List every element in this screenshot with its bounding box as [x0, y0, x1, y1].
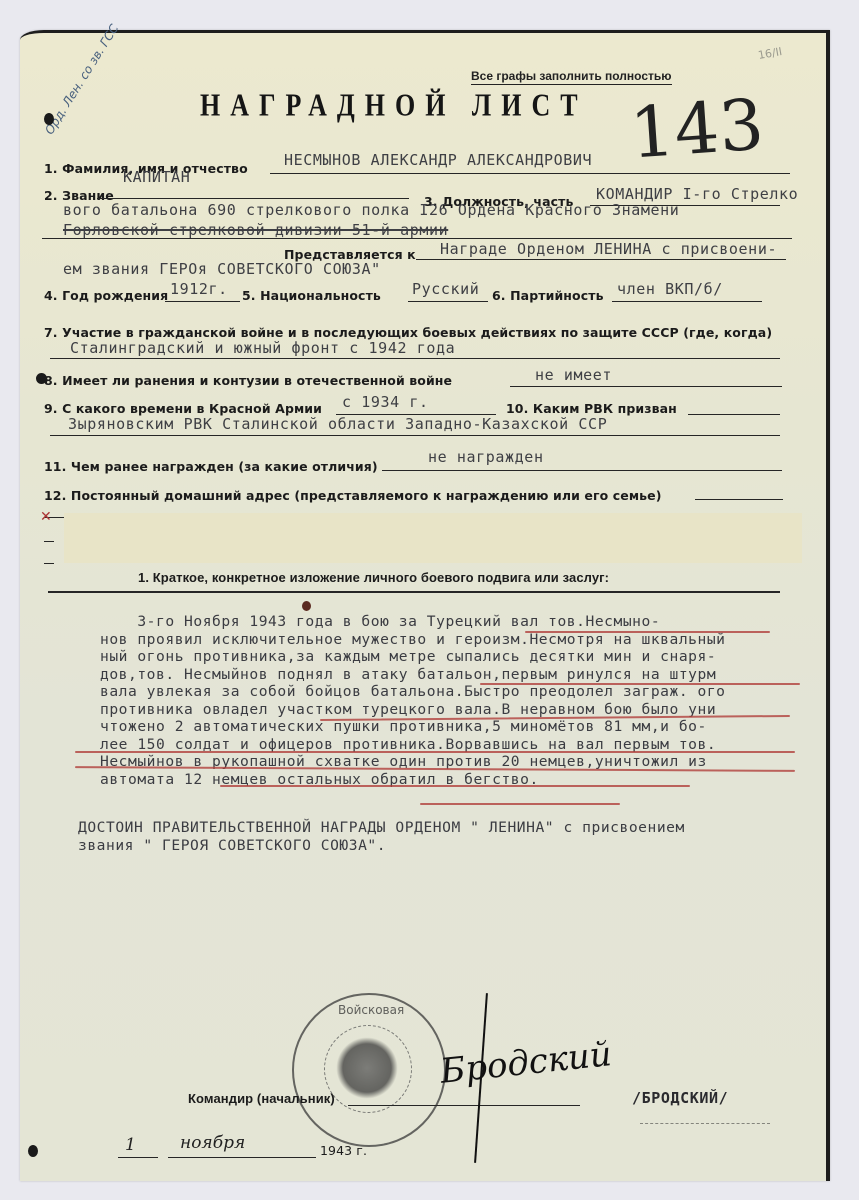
presented-value-line2: ем звания ГЕРОя СОВЕТСКОГО СОЮЗА" [63, 260, 381, 278]
field-8-label: 8. Имеет ли ранения и контузии в отечест… [44, 373, 452, 388]
red-underline [75, 751, 795, 753]
red-underline [525, 631, 770, 633]
field-3-value-line3-struck: Горловской стрелковой дивизии 51-й армии [63, 221, 448, 239]
commander-signature: Бродский [438, 1034, 613, 1092]
instruction-note: Все графы заполнить полностью [471, 69, 672, 85]
page-title: НАГРАДНОЙ ЛИСТ [200, 88, 588, 124]
date-year: 1943 г. [320, 1143, 367, 1158]
signature-label: Командир (начальник) [188, 1091, 335, 1106]
award-sheet-page: Орд. Лен. со зв. ГСС 16/II Все графы зап… [20, 30, 830, 1181]
soviet-emblem-icon [336, 1037, 398, 1099]
conclusion: ДОСТОИН ПРАВИТЕЛЬСТВЕННОЙ НАГРАДЫ ОРДЕНО… [78, 819, 685, 854]
red-underline [420, 803, 620, 805]
narrative: 3-го Ноября 1943 года в бою за Турецкий … [100, 613, 726, 788]
red-mark: ✕ [40, 509, 52, 525]
presented-value-line1: Награде Орденом ЛЕНИНА с присвоени- [440, 240, 777, 258]
narrative-line: ный огонь противника,за каждым метре сып… [100, 648, 726, 666]
punch-hole-top [44, 113, 54, 125]
stamp-text: Войсковая [338, 1003, 404, 1017]
field-10-label: 10. Каким РВК призван [506, 401, 677, 416]
field-12-label: 12. Постоянный домашний адрес (представл… [44, 488, 662, 503]
conclusion-line: звания " ГЕРОЯ СОВЕТСКОГО СОЮЗА". [78, 837, 685, 855]
punch-hole-bottom [28, 1145, 38, 1157]
field-9-label: 9. С какого времени в Красной Армии [44, 401, 322, 416]
date-day: 1 [125, 1135, 136, 1155]
narrative-line: чтожено 2 автоматических пушки противник… [100, 718, 726, 736]
field-3-value-line2: вого батальона 690 стрелкового полка I26… [63, 201, 679, 219]
commander-name: /БРОДСКИЙ/ [632, 1089, 728, 1107]
field-9-value: с 1934 г. [342, 393, 429, 411]
field-5-value: Русский [412, 280, 479, 298]
field-11-value: не награжден [428, 448, 544, 466]
date-suffix: г. [356, 1143, 367, 1158]
field-4-value: 1912г. [170, 280, 228, 298]
pencil-note: 16/II [757, 45, 783, 62]
narrative-line: нов проявил исключительное мужество и ге… [100, 631, 726, 649]
field-6-value: член ВКП/б/ [617, 280, 723, 298]
field-1-value: НЕСМЫНОВ АЛЕКСАНДР АЛЕКСАНДРОВИЧ [284, 151, 592, 169]
redacted-address-area [64, 513, 802, 563]
field-8-value: не имеет [535, 366, 612, 384]
field-7-label: 7. Участие в гражданской войне и в после… [44, 325, 772, 340]
red-underline [480, 683, 800, 685]
field-2-value: КАПИТАН [123, 168, 190, 186]
field-4-label: 4. Год рождения [44, 288, 168, 303]
conclusion-line: ДОСТОИН ПРАВИТЕЛЬСТВЕННОЙ НАГРАДЫ ОРДЕНО… [78, 819, 685, 837]
narrative-line: дов,тов. Несмыйнов поднял в атаку баталь… [100, 666, 726, 684]
field-10-value: Зыряновским РВК Сталинской области Запад… [68, 415, 607, 433]
date-month: ноября [180, 1133, 245, 1153]
field-7-value: Сталинградский и южный фронт с 1942 года [70, 339, 455, 357]
red-underline [220, 785, 690, 787]
narrative-line: 3-го Ноября 1943 года в бою за Турецкий … [100, 613, 726, 631]
field-11-label: 11. Чем ранее награжден (за какие отличи… [44, 459, 378, 474]
rust-mark [302, 601, 311, 611]
field-5-label: 5. Национальность [242, 288, 381, 303]
date-year-value: 1943 [320, 1143, 352, 1158]
field-6-label: 6. Партийность [492, 288, 604, 303]
official-stamp: Войсковая [292, 993, 446, 1147]
handwritten-number: 143 [627, 83, 766, 174]
section-heading: 1. Краткое, конкретное изложение личного… [138, 570, 609, 585]
narrative-line: вала увлекая за собой бойцов батальона.Б… [100, 683, 726, 701]
margin-note-blue: Орд. Лен. со зв. ГСС [42, 22, 121, 137]
